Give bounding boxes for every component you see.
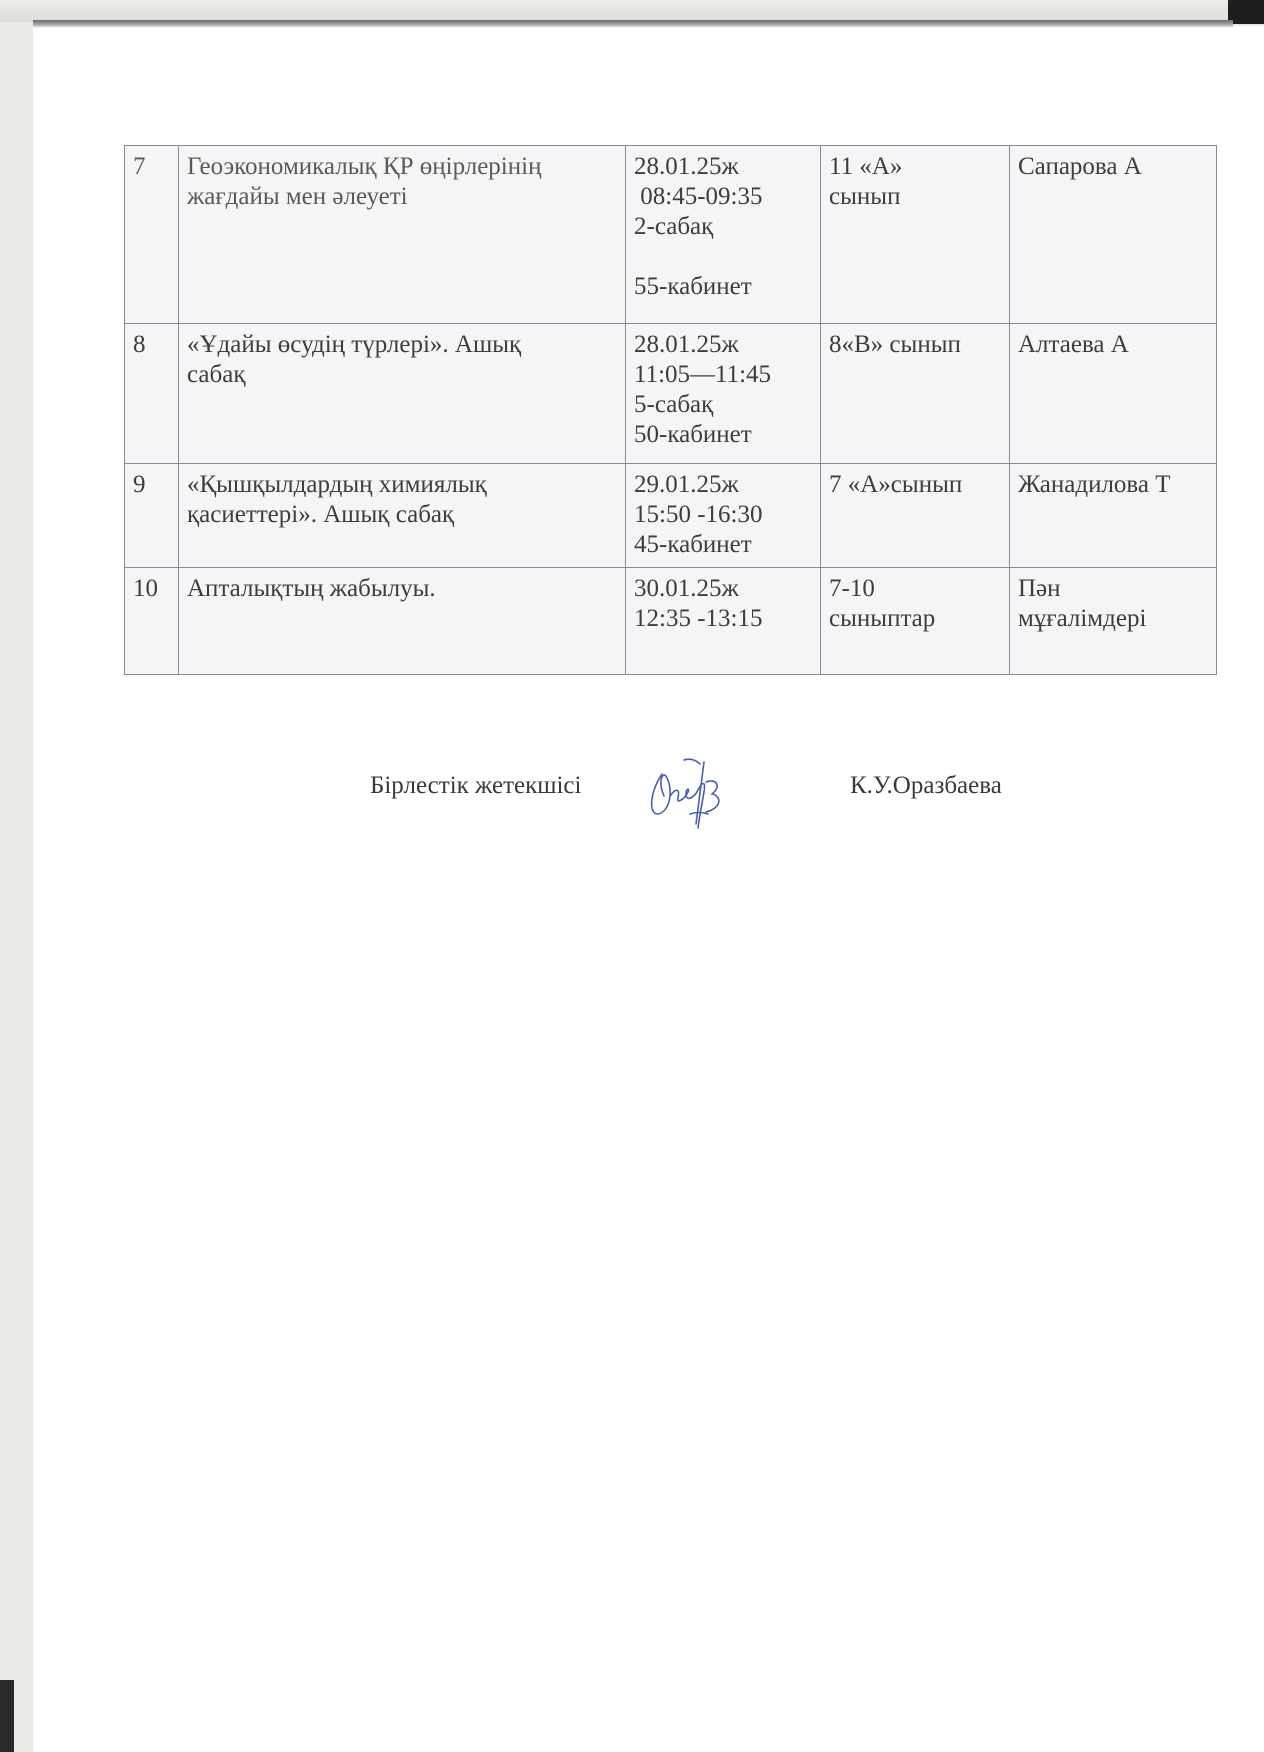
row-number: 10 — [125, 568, 179, 675]
event-topic: Геоэкономикалық ҚР өңірлерінің жағдайы м… — [179, 146, 626, 324]
signer-role: Бірлестік жетекшісі — [370, 772, 581, 800]
scan-corner-shadow — [0, 1680, 14, 1752]
event-teacher: Алтаева А — [1010, 324, 1217, 464]
event-teacher: Жанадилова Т — [1010, 464, 1217, 568]
event-class: 7-10 сыныптар — [821, 568, 1010, 675]
topic-line: жағдайы мен әлеуеті — [187, 182, 617, 212]
event-class: 8«В» сынып — [821, 324, 1010, 464]
topic-line: Геоэкономикалық ҚР өңірлерінің — [187, 152, 617, 182]
event-date-time: 28.01.25ж 08:45-09:35 2-сабақ 55-кабинет — [626, 146, 821, 324]
teacher-line: Пән — [1018, 574, 1208, 604]
event-class: 11 «А» сынып — [821, 146, 1010, 324]
event-date-time: 28.01.25ж 11:05—11:45 5-сабақ 50-кабинет — [626, 324, 821, 464]
event-class: 7 «А»сынып — [821, 464, 1010, 568]
table-row: 9 «Қышқылдардың химиялық қасиеттері». Аш… — [125, 464, 1217, 568]
event-topic: «Қышқылдардың химиялық қасиеттері». Ашық… — [179, 464, 626, 568]
scan-corner-shadow — [1228, 0, 1264, 24]
event-teacher: Сапарова А — [1010, 146, 1217, 324]
event-teacher: Пән мұғалімдері — [1010, 568, 1217, 675]
signer-name: К.У.Оразбаева — [850, 772, 1002, 800]
class-line: сыныптар — [829, 604, 1001, 634]
date-line: 29.01.25ж — [634, 470, 812, 500]
class-line: 11 «А» — [829, 152, 1001, 182]
row-number: 9 — [125, 464, 179, 568]
row-number: 7 — [125, 146, 179, 324]
lesson-line: 2-сабақ — [634, 212, 812, 242]
table-row: 7 Геоэкономикалық ҚР өңірлерінің жағдайы… — [125, 146, 1217, 324]
table-row: 8 «Ұдайы өсудің түрлері». Ашық сабақ 28.… — [125, 324, 1217, 464]
time-line: 12:35 -13:15 — [634, 604, 812, 634]
table-row: 10 Апталықтың жабылуы. 30.01.25ж 12:35 -… — [125, 568, 1217, 675]
scan-top-edge — [0, 0, 1264, 22]
room-line: 45-кабинет — [634, 530, 812, 560]
event-topic: «Ұдайы өсудің түрлері». Ашық сабақ — [179, 324, 626, 464]
time-line: 08:45-09:35 — [634, 182, 812, 212]
time-line: 11:05—11:45 — [634, 360, 812, 390]
date-line: 28.01.25ж — [634, 330, 812, 360]
room-line: 50-кабинет — [634, 420, 812, 450]
row-number: 8 — [125, 324, 179, 464]
class-line: сынып — [829, 182, 1001, 212]
event-topic: Апталықтың жабылуы. — [179, 568, 626, 675]
date-line: 30.01.25ж — [634, 574, 812, 604]
page-edge-shadow — [33, 20, 1233, 28]
handwritten-signature-icon — [640, 752, 740, 852]
class-line: 8«В» сынып — [829, 330, 1001, 360]
time-line: 15:50 -16:30 — [634, 500, 812, 530]
schedule-table: 7 Геоэкономикалық ҚР өңірлерінің жағдайы… — [124, 145, 1217, 675]
room-line: 55-кабинет — [634, 272, 812, 302]
topic-line: қасиеттері». Ашық сабақ — [187, 500, 617, 530]
signature-block: Бірлестік жетекшісі К.У.Оразбаева — [370, 768, 1070, 838]
topic-line: «Ұдайы өсудің түрлері». Ашық — [187, 330, 617, 360]
event-date-time: 30.01.25ж 12:35 -13:15 — [626, 568, 821, 675]
date-line: 28.01.25ж — [634, 152, 812, 182]
topic-line: сабақ — [187, 360, 617, 390]
topic-line: Апталықтың жабылуы. — [187, 574, 617, 604]
class-line: 7-10 — [829, 574, 1001, 604]
teacher-line: мұғалімдері — [1018, 604, 1208, 634]
lesson-line: 5-сабақ — [634, 390, 812, 420]
topic-line: «Қышқылдардың химиялық — [187, 470, 617, 500]
class-line: 7 «А»сынып — [829, 470, 1001, 500]
event-date-time: 29.01.25ж 15:50 -16:30 45-кабинет — [626, 464, 821, 568]
